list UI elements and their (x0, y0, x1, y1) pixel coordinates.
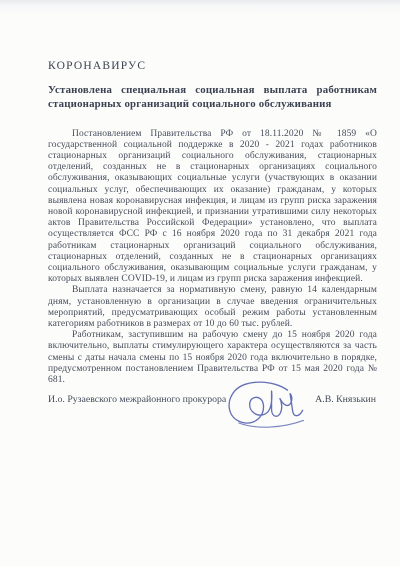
document-content: КОРОНАВИРУС Установлена специальная соци… (48, 60, 377, 386)
paragraph-transition-rules: Работникам, заступившим на рабочую смену… (48, 330, 377, 386)
signature-block: И.о. Рузаевского межрайонного прокурора … (48, 394, 376, 405)
signer-position-label: И.о. Рузаевского межрайонного прокурора (48, 394, 226, 405)
document-rubric: КОРОНАВИРУС (48, 60, 377, 72)
document-heading: Установлена специальная социальная выпла… (48, 84, 377, 112)
scanned-document-page: КОРОНАВИРУС Установлена специальная соци… (0, 0, 400, 566)
signer-name: А.В. Князькин (315, 394, 376, 405)
handwritten-signature-icon (222, 378, 306, 436)
paragraph-decree-description: Постановлением Правительства РФ от 18.11… (48, 129, 377, 286)
paragraph-payment-terms: Выплата назначается за нормативную смену… (48, 285, 377, 330)
